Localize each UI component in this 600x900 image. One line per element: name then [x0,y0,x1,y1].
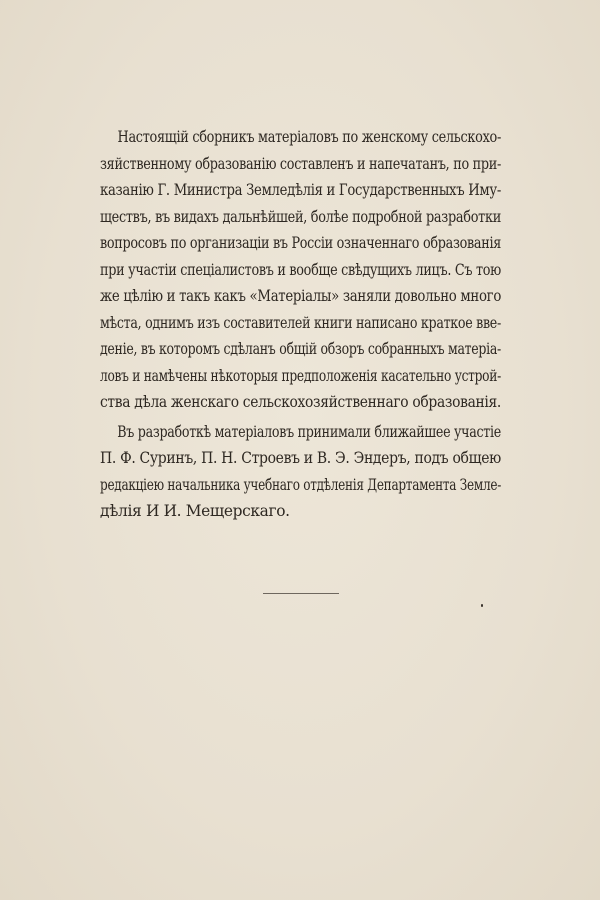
text-line: деніе, въ которомъ сдѣланъ общій обзоръ … [100,336,501,363]
text-line: Въ разработкѣ матеріаловъ принимали ближ… [100,419,501,446]
text-line: ства дѣла женскаго сельскохозяйственнаго… [100,389,501,416]
paragraph-1: Настоящій сборникъ матеріаловъ по женско… [100,124,501,416]
text-line: при участіи спеціалистовъ и вообще свѣду… [100,257,501,284]
body-text: Настоящій сборникъ матеріаловъ по женско… [100,124,501,525]
text-line: дѣлія И И. Мещерскаго. [100,498,501,525]
section-divider-rule [263,593,339,594]
paper-speck [481,604,483,607]
text-line: Настоящій сборникъ матеріаловъ по женско… [100,124,501,151]
scanned-page: Настоящій сборникъ матеріаловъ по женско… [0,0,600,900]
text-line: ществъ, въ видахъ дальнѣйшей, болѣе подр… [100,204,501,231]
text-line: же цѣлію и такъ какъ «Матеріалы» заняли … [100,283,501,310]
text-line: вопросовъ по организаціи въ Россіи означ… [100,230,501,257]
text-line: зяйственному образованію составленъ и на… [100,151,501,178]
text-line: ловъ и намѣчены нѣкоторыя предположенія … [100,363,501,390]
paragraph-2: Въ разработкѣ матеріаловъ принимали ближ… [100,419,501,525]
text-line: П. Ф. Суринъ, П. Н. Строевъ и В. Э. Энде… [100,445,501,472]
text-line: казанію Г. Министра Земледѣлія и Государ… [100,177,501,204]
text-line: редакціею начальника учебнаго отдѣленія … [100,472,501,499]
text-line: мѣста, однимъ изъ составителей книги нап… [100,310,501,337]
